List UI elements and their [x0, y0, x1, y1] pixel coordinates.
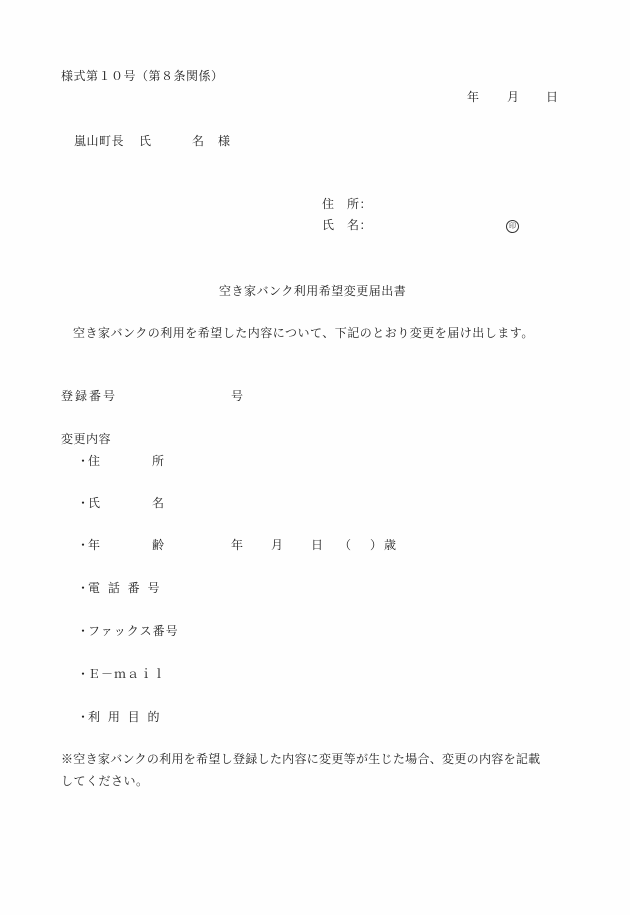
form-number: 様式第１０号（第８条関係）: [61, 70, 224, 82]
change-email-field[interactable]: [175, 666, 559, 682]
registration-number-field[interactable]: [120, 388, 229, 404]
change-address-field[interactable]: [175, 453, 559, 469]
change-address-label-a: 住: [88, 455, 101, 467]
addressee-name-part2: 名: [192, 135, 205, 147]
change-name-field[interactable]: [175, 495, 559, 511]
date-month-label: 月: [507, 91, 520, 103]
change-fax-label: ファックス番号: [88, 625, 179, 637]
seal-icon: 印: [506, 220, 519, 233]
date-year-label: 年: [467, 91, 480, 103]
birth-day-label: 日: [311, 539, 324, 551]
change-phone-label: 電 話 番 号: [88, 582, 161, 594]
change-fax-field[interactable]: [185, 623, 559, 639]
date-day-label: 日: [546, 91, 559, 103]
change-age-label-a: 年: [88, 539, 101, 551]
change-address-label-b: 所: [152, 455, 165, 467]
changes-heading: 変更内容: [61, 433, 111, 445]
document-title: 空き家バンク利用希望変更届出書: [219, 285, 406, 297]
age-unit-label: 歳: [384, 539, 397, 551]
addressee-name-part1: 氏: [139, 135, 152, 147]
applicant-address-label: 住 所：: [322, 198, 372, 210]
note-line-1: ※空き家バンクの利用を希望し登録した内容に変更等が生じた場合、変更の内容を記載: [61, 753, 540, 765]
change-purpose-label: 利 用 目 的: [88, 711, 161, 723]
change-age-label-b: 齢: [152, 539, 165, 551]
applicant-name-field[interactable]: [380, 217, 504, 233]
intro-text: 空き家バンクの利用を希望した内容について、下記のとおり変更を届け出します。: [73, 327, 534, 339]
form-page: 様式第１０号（第８条関係） 年 月 日 嵐山町長 氏 名 様 住 所： 氏 名：…: [0, 0, 630, 915]
change-name-label-b: 名: [152, 497, 165, 509]
age-paren-close: ）: [370, 539, 383, 551]
age-paren-open: （: [339, 539, 352, 551]
change-email-label: Ｅ－ｍａｉｌ: [88, 668, 166, 680]
change-purpose-field[interactable]: [175, 709, 559, 725]
registration-label: 登録番号: [61, 390, 117, 402]
registration-suffix: 号: [231, 390, 244, 402]
applicant-address-field[interactable]: [380, 196, 544, 212]
applicant-name-label: 氏 名：: [322, 219, 372, 231]
addressee-town: 嵐山町長: [74, 135, 124, 147]
change-phone-field[interactable]: [175, 580, 559, 596]
birth-year-label: 年: [231, 539, 244, 551]
note-line-2: してください。: [61, 775, 149, 787]
change-name-label-a: 氏: [88, 497, 101, 509]
birth-month-label: 月: [271, 539, 284, 551]
addressee-honorific: 様: [218, 135, 231, 147]
